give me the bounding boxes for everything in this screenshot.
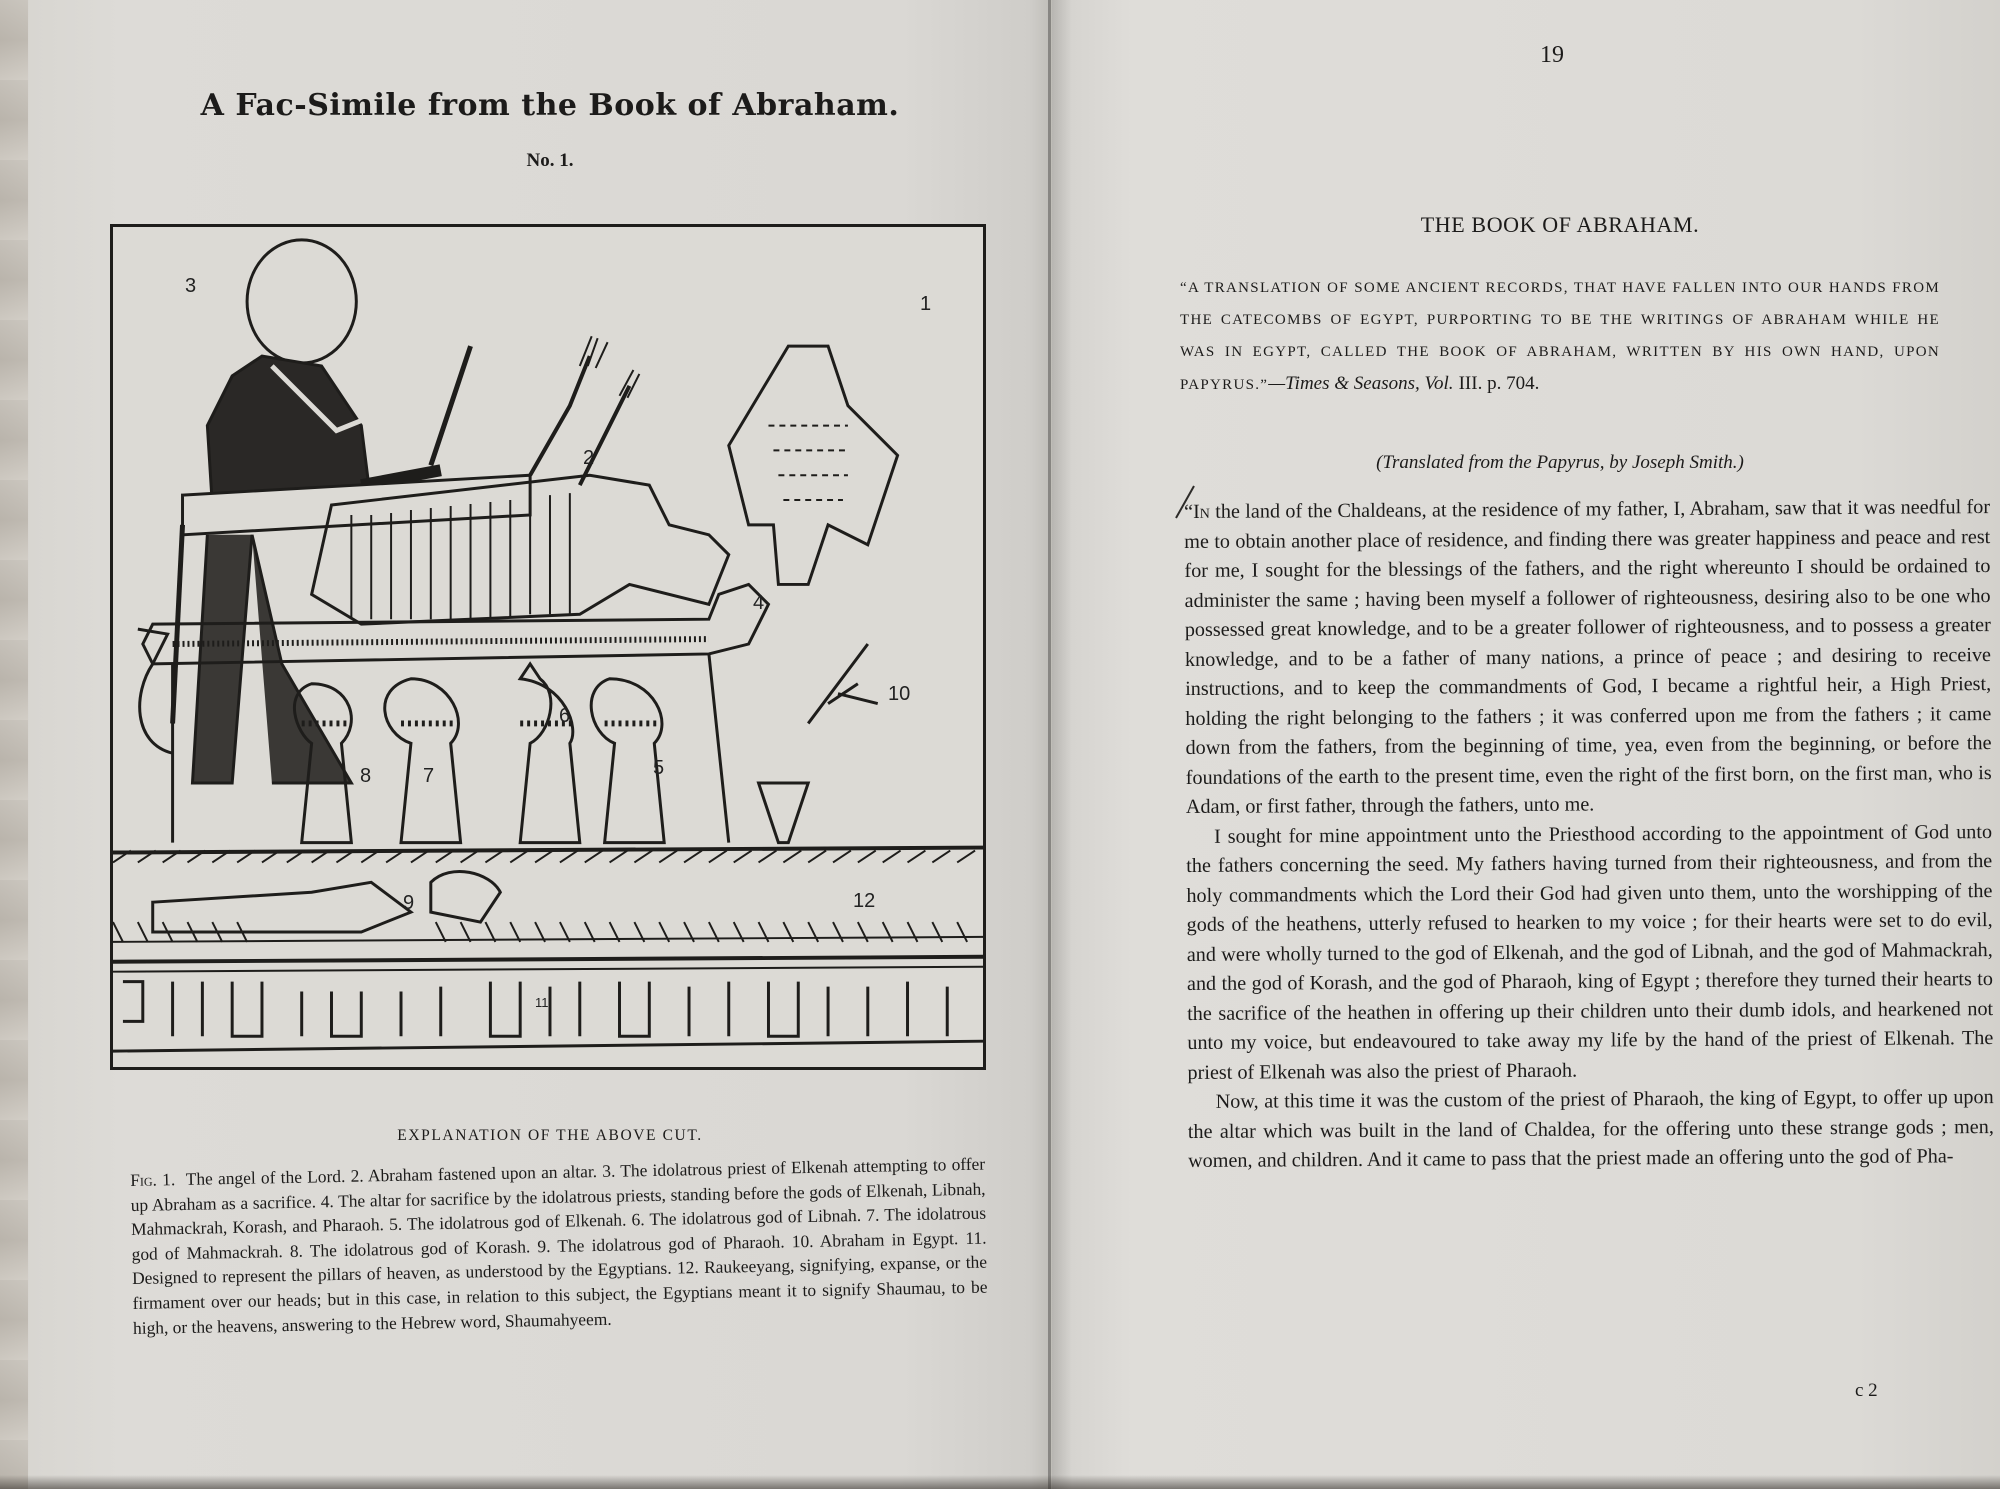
woodcut-illustration-icon (113, 227, 983, 1067)
explanation-text: Fig. 1. The angel of the Lord. 2. Abraha… (130, 1152, 988, 1341)
figure-number: No. 1. (110, 150, 990, 172)
page-number: 19 (1540, 42, 1564, 69)
figure-label-5: 5 (653, 757, 664, 780)
figure-label-11: 11 (535, 995, 549, 1010)
paragraph-2: I sought for mine appointment unto the P… (1186, 818, 1994, 1088)
paragraph-1: “In the land of the Chaldeans, at the re… (1184, 493, 1992, 822)
page-bottom-shadow (0, 1475, 2000, 1489)
facsimile-title: A Fac-Simile from the Book of Abraham. (110, 88, 990, 123)
figure-label-9: 9 (403, 892, 414, 915)
book-body-text: “In the land of the Chaldeans, at the re… (1184, 493, 1994, 1176)
figure-label-6: 6 (559, 705, 570, 728)
page-edge (0, 0, 28, 1489)
explanation-body: The angel of the Lord. 2. Abraham fasten… (131, 1154, 988, 1338)
figure-label-12: 12 (853, 890, 875, 913)
figure-label-2: 2 (583, 447, 594, 470)
paragraph-text: I sought for mine appointment unto the P… (1186, 821, 1993, 1084)
figure-label-3: 3 (185, 275, 196, 298)
book-gutter (1048, 0, 1051, 1489)
figure-label-7: 7 (423, 765, 434, 788)
paragraph-lead: “In (1184, 501, 1210, 523)
open-book-spread: A Fac-Simile from the Book of Abraham. N… (0, 0, 2000, 1489)
intro-quote: “A TRANSLATION OF SOME ANCIENT RECORDS, … (1180, 272, 1940, 401)
figure-label-8: 8 (360, 765, 371, 788)
figure-label-10: 10 (888, 683, 910, 706)
explanation-heading: EXPLANATION OF THE ABOVE CUT. (110, 1127, 990, 1145)
chapter-title: THE BOOK OF ABRAHAM. (1180, 212, 1940, 238)
intro-source-tail: III. p. 704. (1459, 373, 1540, 394)
explanation-lead: Fig. 1. (130, 1169, 175, 1190)
figure-label-1: 1 (920, 293, 931, 316)
paragraph-text: Now, at this time it was the custom of t… (1188, 1086, 1994, 1172)
facsimile-illustration: 3 1 2 4 5 6 7 8 9 10 11 12 (110, 224, 986, 1070)
paragraph-text: the land of the Chaldeans, at the reside… (1184, 496, 1992, 818)
paragraph-3: Now, at this time it was the custom of t… (1188, 1083, 1995, 1176)
translator-note: (Translated from the Papyrus, by Joseph … (1180, 452, 1940, 474)
left-page: A Fac-Simile from the Book of Abraham. N… (0, 0, 1052, 1489)
intro-source: —Times & Seasons, Vol. (1268, 373, 1453, 394)
figure-label-4: 4 (753, 592, 764, 615)
signature-mark: c 2 (1855, 1380, 1878, 1402)
